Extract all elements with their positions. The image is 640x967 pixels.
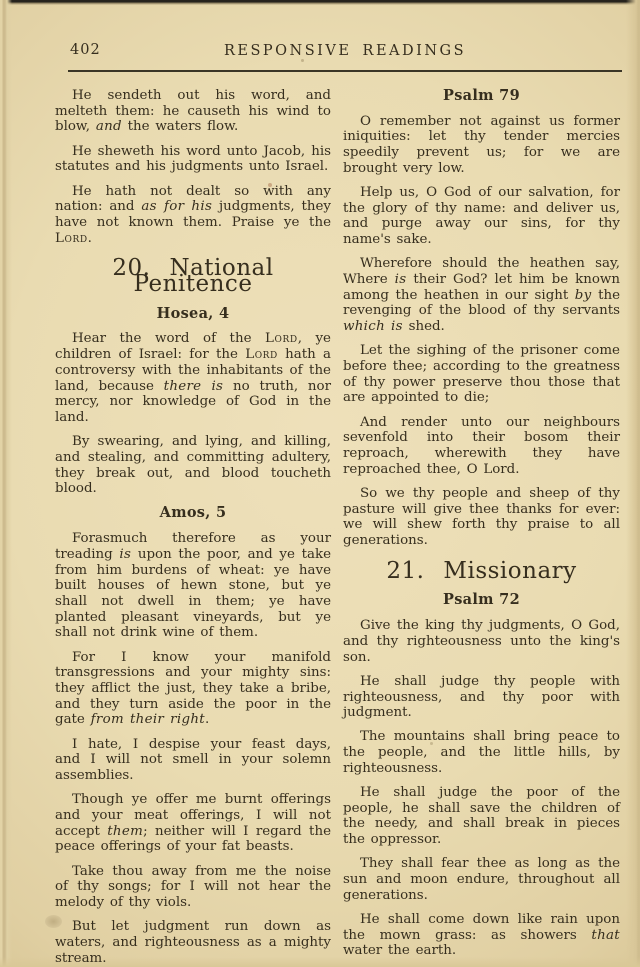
left-text-column: He sendeth out his word, and melteth the… bbox=[55, 88, 331, 967]
running-header-title: RESPONSIVE READINGS bbox=[68, 43, 622, 59]
scripture-subheading: Amos, 5 bbox=[55, 505, 331, 521]
header-rule bbox=[68, 70, 622, 72]
small-caps-lord: Lord bbox=[245, 347, 278, 362]
scanned-book-page: { "colors": { "paper": "#e9dbb1", "ink":… bbox=[0, 0, 640, 967]
page-edge-right bbox=[626, 0, 640, 967]
scan-edge-top bbox=[0, 0, 640, 5]
verse-paragraph: They shall fear thee as long as the sun … bbox=[343, 856, 620, 903]
verse-paragraph: Wherefore should the heathen say, Where … bbox=[343, 256, 620, 335]
section-heading: 20.National Penitence bbox=[55, 261, 331, 292]
paper-speck bbox=[301, 59, 304, 62]
section-number: 21. bbox=[386, 558, 424, 584]
scripture-subheading: Psalm 79 bbox=[343, 88, 620, 104]
verse-paragraph: Though ye offer me burnt offerings and y… bbox=[55, 792, 331, 855]
section-title: National Penitence bbox=[134, 255, 274, 297]
right-text-column: Psalm 79O remember not against us former… bbox=[343, 88, 620, 967]
verse-paragraph: For I know your manifold transgressions … bbox=[55, 650, 331, 729]
verse-paragraph: Give the king thy judgments, O God, and … bbox=[343, 618, 620, 665]
page-edge-left bbox=[0, 0, 12, 967]
small-caps-lord: Lord bbox=[265, 331, 298, 346]
verse-paragraph: Hear the word of the Lord, ye children o… bbox=[55, 331, 331, 425]
verse-paragraph: Take thou away from me the noise of thy … bbox=[55, 864, 331, 911]
verse-paragraph: The mountains shall bring peace to the p… bbox=[343, 729, 620, 776]
verse-paragraph: Forasmuch therefore as your treading is … bbox=[55, 531, 331, 641]
verse-paragraph: Let the sighing of the prisoner come bef… bbox=[343, 343, 620, 406]
verse-paragraph: Help us, O God of our salvation, for the… bbox=[343, 185, 620, 248]
verse-paragraph: By swearing, and lying, and killing, and… bbox=[55, 434, 331, 497]
verse-paragraph: I hate, I despise your feast days, and I… bbox=[55, 737, 331, 784]
verse-paragraph: So we thy people and sheep of thy pastur… bbox=[343, 486, 620, 549]
verse-paragraph: But let judgment run down as waters, and… bbox=[55, 919, 331, 966]
verse-paragraph: He sheweth his word unto Jacob, his stat… bbox=[55, 144, 331, 175]
section-heading: 21.Missionary bbox=[343, 564, 620, 580]
section-title: Missionary bbox=[443, 558, 576, 584]
verse-paragraph: He shall come down like rain upon the mo… bbox=[343, 912, 620, 959]
verse-paragraph: He shall judge the poor of the people, h… bbox=[343, 785, 620, 848]
scripture-subheading: Psalm 72 bbox=[343, 592, 620, 608]
small-caps-lord: Lord bbox=[55, 231, 88, 246]
verse-paragraph: He hath not dealt so with any nation: an… bbox=[55, 184, 331, 247]
scripture-subheading: Hosea, 4 bbox=[55, 306, 331, 322]
verse-paragraph: O remember not against us former iniquit… bbox=[343, 114, 620, 177]
verse-paragraph: He sendeth out his word, and melteth the… bbox=[55, 88, 331, 135]
verse-paragraph: And render unto our neighbours sevenfold… bbox=[343, 415, 620, 478]
verse-paragraph: He shall judge thy people with righteous… bbox=[343, 674, 620, 721]
